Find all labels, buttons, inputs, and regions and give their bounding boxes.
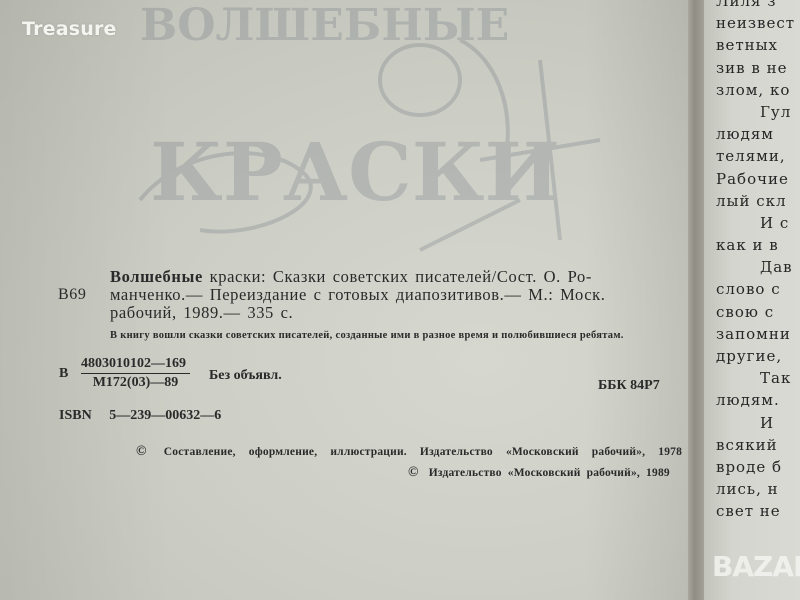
code-denominator: М172(03)—89 (81, 374, 190, 391)
catalog-card: Волшебные краски: Сказки советских писат… (52, 268, 672, 322)
right-page-line: запомни (716, 323, 800, 345)
book-title: Волшебные (110, 267, 203, 286)
code-numerator: 4803010102—169 (81, 356, 190, 374)
right-book-page: Лиля знеизвестветныхзив в незлом, коГулл… (704, 0, 800, 600)
catalog-line-2-text: манченко.— Переиздание с готовых диапози… (110, 285, 606, 304)
copyright-1989-text: Издательство «Московский рабочий», 1989 (429, 467, 670, 479)
right-page-line: И (716, 412, 800, 434)
right-page-line: Дав (716, 256, 800, 278)
right-page-line: неизвест (716, 12, 800, 34)
catalog-line-2: В69 манченко.— Переиздание с готовых диа… (52, 286, 672, 304)
right-page-line: Так (716, 367, 800, 389)
right-page-line: ветных (716, 34, 800, 56)
copyright-icon: © (408, 465, 419, 480)
code-fraction: 4803010102—169 М172(03)—89 (81, 356, 190, 391)
catalog-line-1-rest: краски: Сказки советских писателей/Сост.… (210, 267, 592, 286)
right-page-line: людям (716, 123, 800, 145)
copyright-icon: © (136, 444, 147, 459)
right-page-line: вроде б (716, 456, 800, 478)
copyright-1989: © Издательство «Московский рабочий», 198… (408, 465, 670, 481)
treasure-watermark: Treasure (22, 18, 117, 40)
right-page-line: телями, (716, 145, 800, 167)
right-page-line: слово с (716, 278, 800, 300)
right-page-line: всякий (716, 434, 800, 456)
isbn-value: 5—239—00632—6 (109, 408, 221, 423)
right-page-text: Лиля знеизвестветныхзив в незлом, коГулл… (716, 0, 800, 523)
right-page-line: Лиля з (716, 0, 800, 12)
copyright-1978: © Составление, оформление, иллюстрации. … (136, 444, 682, 460)
book-gutter (688, 0, 704, 600)
right-page-line: другие, (716, 345, 800, 367)
copyright-1978-text: Составление, оформление, иллюстрации. Из… (164, 446, 682, 458)
catalog-line-3-text: рабочий, 1989.— 335 с. (110, 303, 293, 322)
right-page-line: как и в (716, 234, 800, 256)
right-page-line: И с (716, 212, 800, 234)
right-page-line: Рабочие (716, 168, 800, 190)
code-prefix: В (59, 366, 68, 382)
isbn-label: ISBN (59, 408, 92, 423)
right-page-line: зив в не (716, 57, 800, 79)
book-annotation: В книгу вошли сказки советских писателей… (110, 330, 624, 341)
right-page-line: Гул (716, 101, 800, 123)
right-page-line: лись, н (716, 478, 800, 500)
bazar-watermark: BAZAR (712, 550, 800, 583)
catalog-line-3: рабочий, 1989.— 335 с. (52, 304, 672, 322)
catalog-line-1: Волшебные краски: Сказки советских писат… (52, 268, 672, 286)
no-announcement: Без объявл. (209, 368, 282, 384)
right-page-line: злом, ко (716, 79, 800, 101)
right-page-line: лый скл (716, 190, 800, 212)
udc-code: В69 (58, 286, 86, 304)
bbk-code: ББК 84Р7 (598, 378, 660, 394)
isbn: ISBN 5—239—00632—6 (59, 408, 221, 424)
right-page-line: людям. (716, 389, 800, 411)
right-page-line: свою с (716, 301, 800, 323)
right-page-line: свет не (716, 500, 800, 522)
